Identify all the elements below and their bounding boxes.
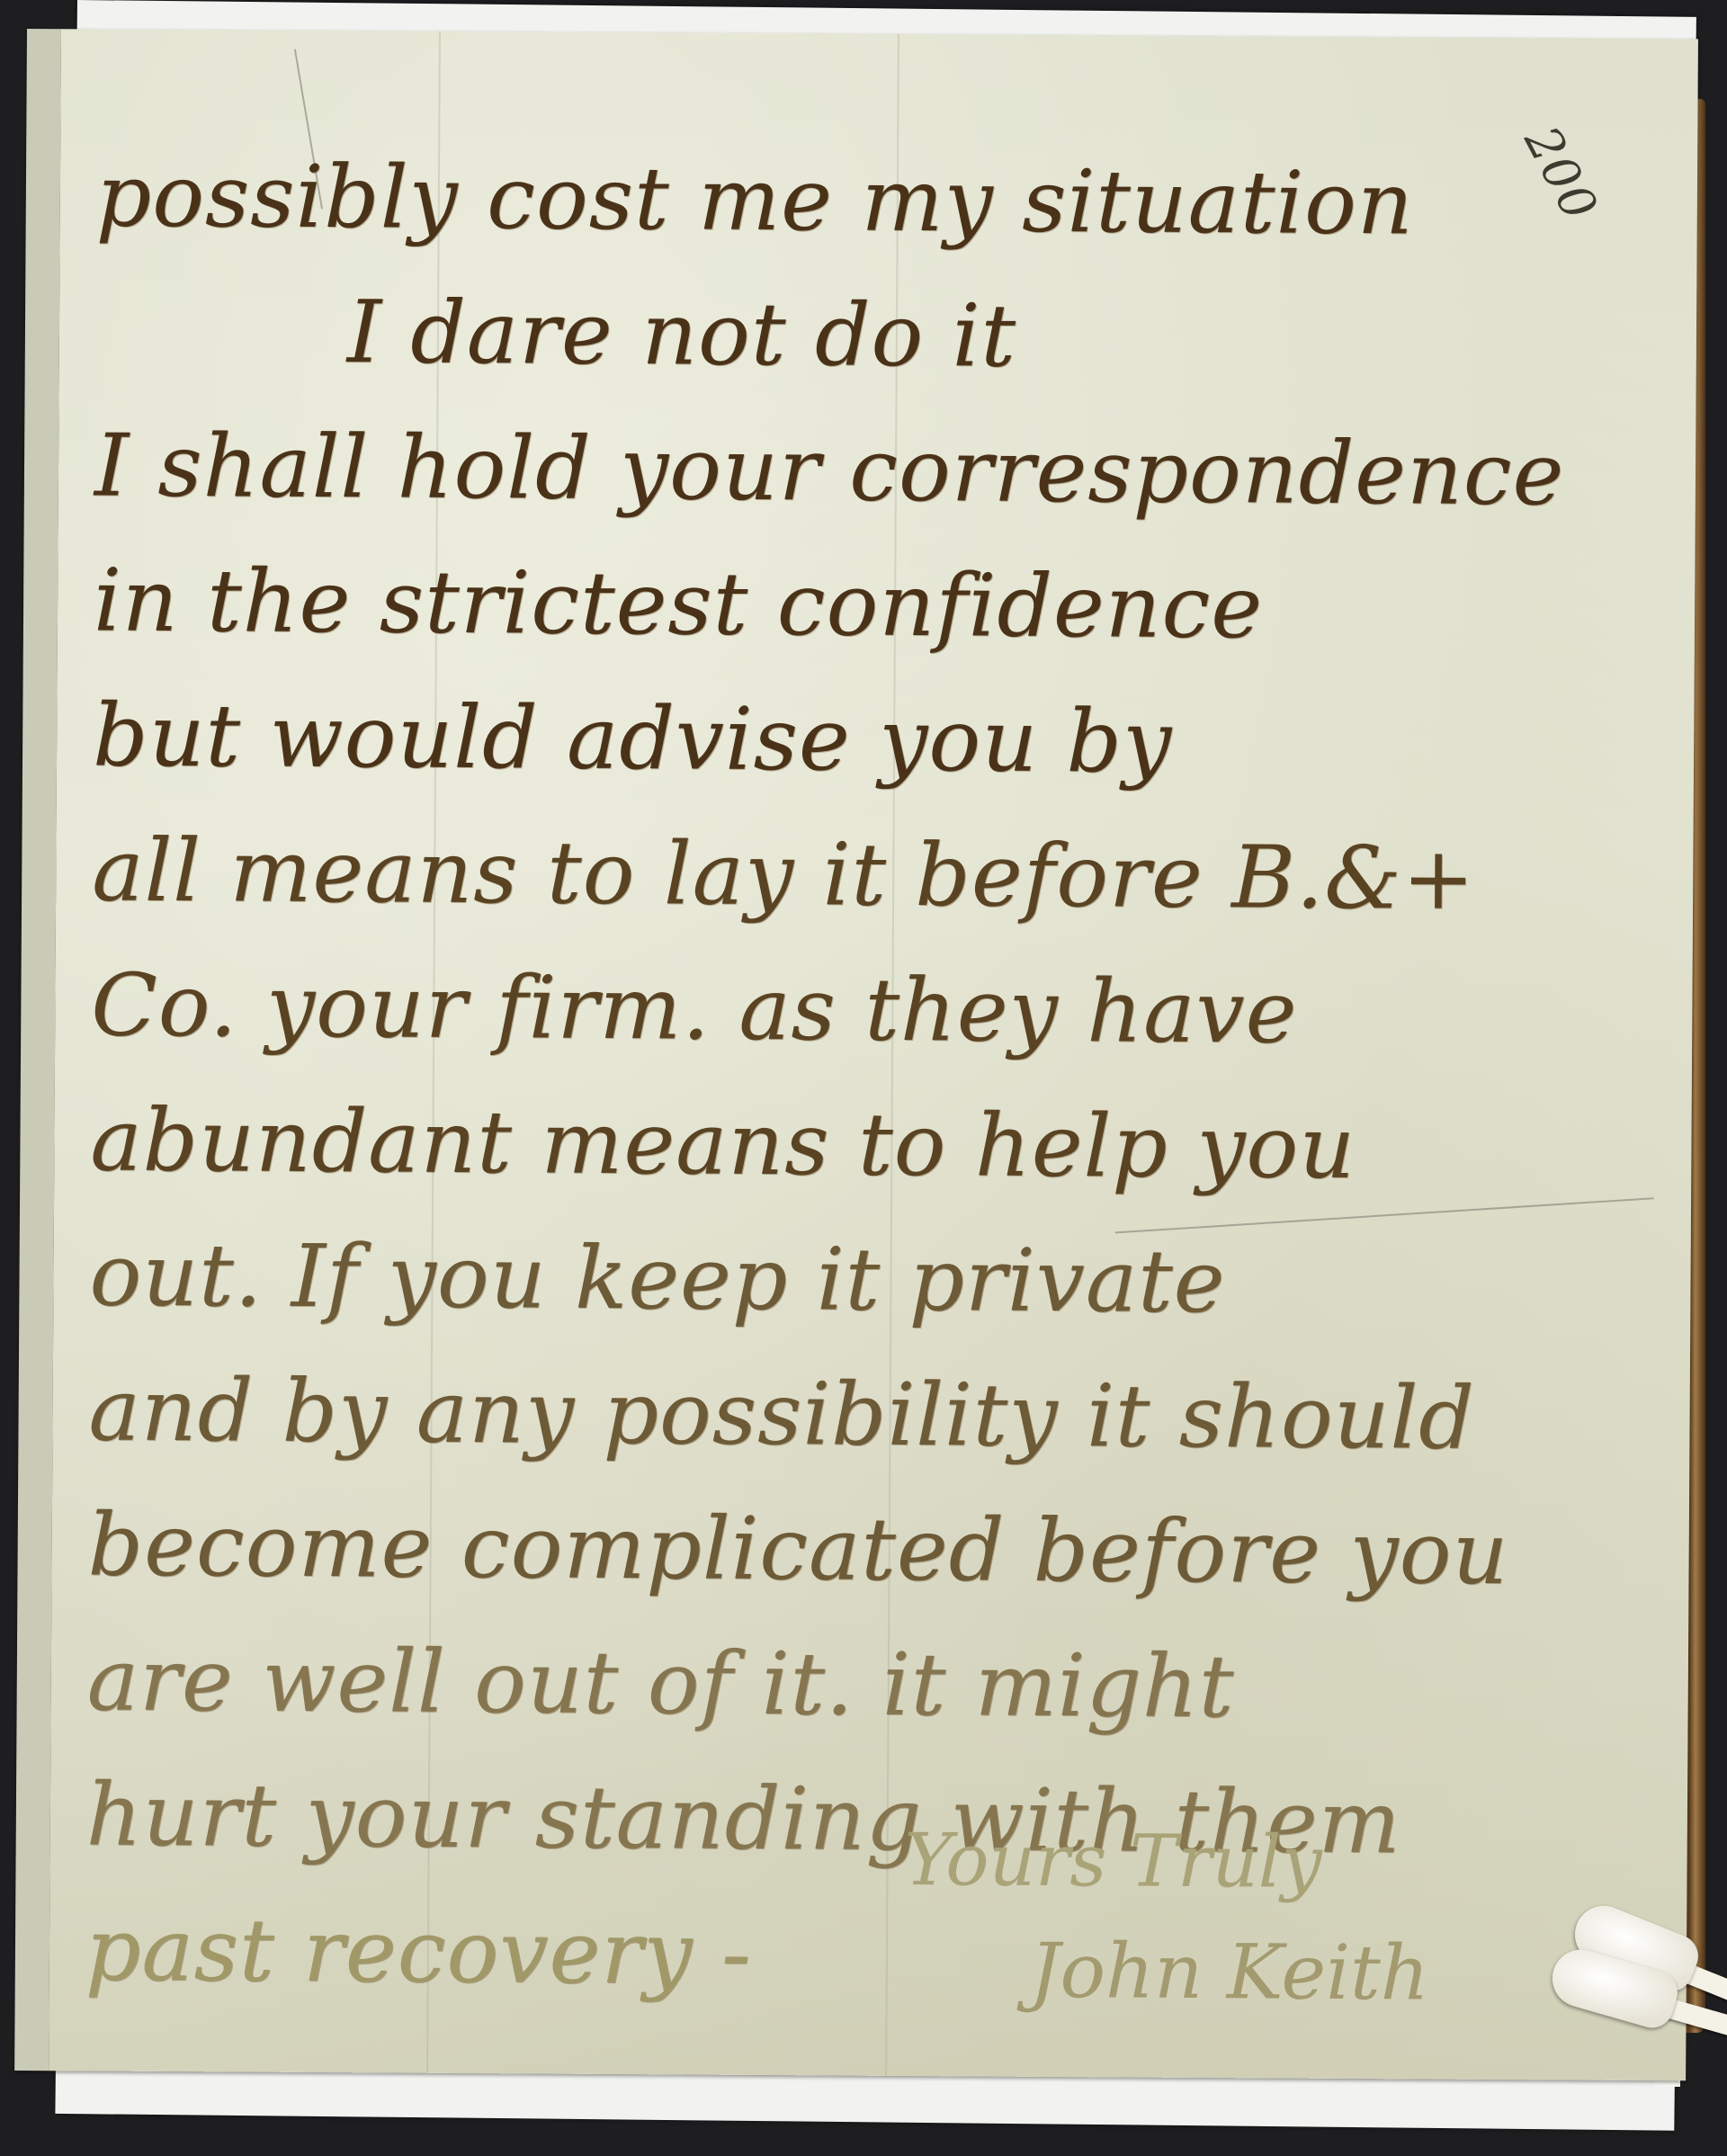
letter-line: abundant means to help you bbox=[90, 1072, 1638, 1217]
letter-line: are well out of it. it might bbox=[86, 1612, 1634, 1757]
letter-line: I shall hold your correspondence bbox=[94, 398, 1642, 542]
letter-line: and by any possibility it should bbox=[88, 1342, 1636, 1487]
letter-line: hurt your standing with them bbox=[85, 1747, 1633, 1892]
letter-line: become complicated before you bbox=[87, 1477, 1635, 1622]
letter-line: Co. your firm. as they have bbox=[91, 937, 1639, 1082]
letter-line: in the strictest confidence bbox=[94, 532, 1642, 677]
letter-line: possibly cost me my situation bbox=[95, 128, 1643, 273]
letter-closing: Yours Truly bbox=[904, 1824, 1322, 1899]
letter-page: 200 possibly cost me my situation I dare… bbox=[14, 29, 1698, 2080]
letter-line: I dare not do it bbox=[94, 263, 1642, 407]
letter-body: possibly cost me my situation I dare not… bbox=[85, 128, 1643, 2026]
letter-line: but would advise you by bbox=[93, 667, 1641, 812]
letter-signature: John Keith bbox=[1030, 1933, 1430, 2011]
letter-line: out. If you keep it private bbox=[89, 1207, 1637, 1352]
letter-line: all means to lay it before B.&+ bbox=[92, 802, 1640, 947]
